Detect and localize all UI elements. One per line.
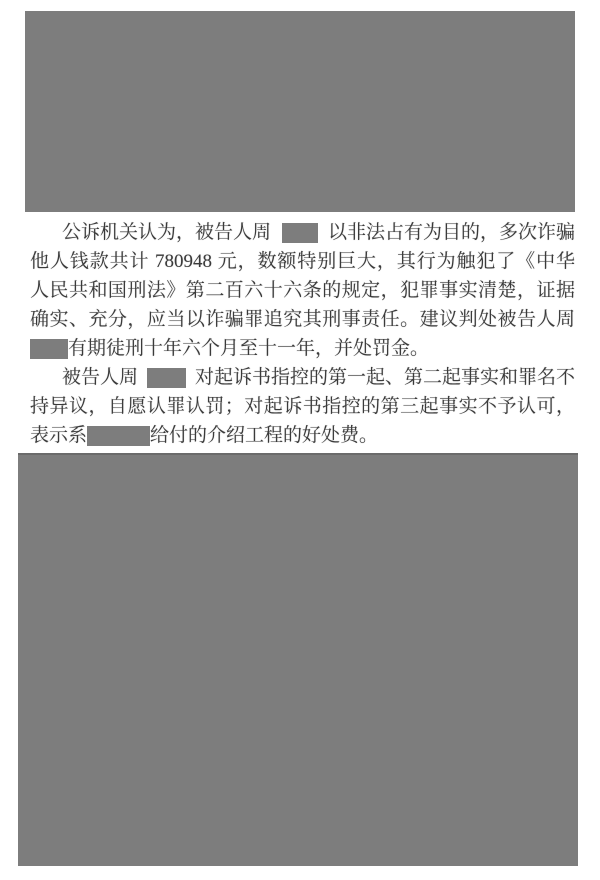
inline-redaction-box — [147, 368, 186, 388]
redaction-block-top — [25, 11, 575, 212]
text-segment: 以非法占有为目的，多次诈骗 — [328, 218, 575, 247]
text-segment: 公诉机关认为，被告人周 — [62, 218, 271, 247]
text-segment: 给付的介绍工程的好处费。 — [150, 421, 378, 450]
inline-redaction-box — [87, 426, 150, 446]
document-line: 被告人周对起诉书指控的第一起、第二起事实和罪名不 — [30, 363, 575, 392]
document-text-block: 公诉机关认为，被告人周以非法占有为目的，多次诈骗他人钱款共计 780948 元，… — [30, 218, 575, 450]
scanned-court-document-page: 公诉机关认为，被告人周以非法占有为目的，多次诈骗他人钱款共计 780948 元，… — [0, 0, 600, 880]
document-line: 人民共和国刑法》第二百六十六条的规定，犯罪事实清楚，证据 — [30, 276, 575, 305]
text-segment: 对起诉书指控的第一起、第二起事实和罪名不 — [195, 363, 575, 392]
text-segment: 表示系 — [30, 421, 87, 450]
text-segment: 持异议，自愿认罪认罚；对起诉书指控的第三起事实不予认可， — [30, 396, 575, 417]
text-segment: 有期徒刑十年六个月至十一年，并处罚金。 — [68, 334, 429, 363]
text-segment: 人民共和国刑法》第二百六十六条的规定，犯罪事实清楚，证据 — [30, 280, 575, 301]
document-line: 持异议，自愿认罪认罚；对起诉书指控的第三起事实不予认可， — [30, 392, 575, 421]
document-line: 公诉机关认为，被告人周以非法占有为目的，多次诈骗 — [30, 218, 575, 247]
document-line: 表示系给付的介绍工程的好处费。 — [30, 421, 575, 450]
text-segment: 被告人周 — [62, 363, 138, 392]
text-segment: 他人钱款共计 780948 元，数额特别巨大，其行为触犯了《中华 — [30, 251, 575, 272]
inline-redaction-box — [30, 339, 68, 359]
text-segment: 确实、充分，应当以诈骗罪追究其刑事责任。建议判处被告人周 — [30, 309, 575, 330]
document-line: 他人钱款共计 780948 元，数额特别巨大，其行为触犯了《中华 — [30, 247, 575, 276]
document-line: 有期徒刑十年六个月至十一年，并处罚金。 — [30, 334, 575, 363]
redaction-block-bottom — [18, 453, 578, 866]
document-line: 确实、充分，应当以诈骗罪追究其刑事责任。建议判处被告人周 — [30, 305, 575, 334]
inline-redaction-box — [282, 223, 318, 243]
